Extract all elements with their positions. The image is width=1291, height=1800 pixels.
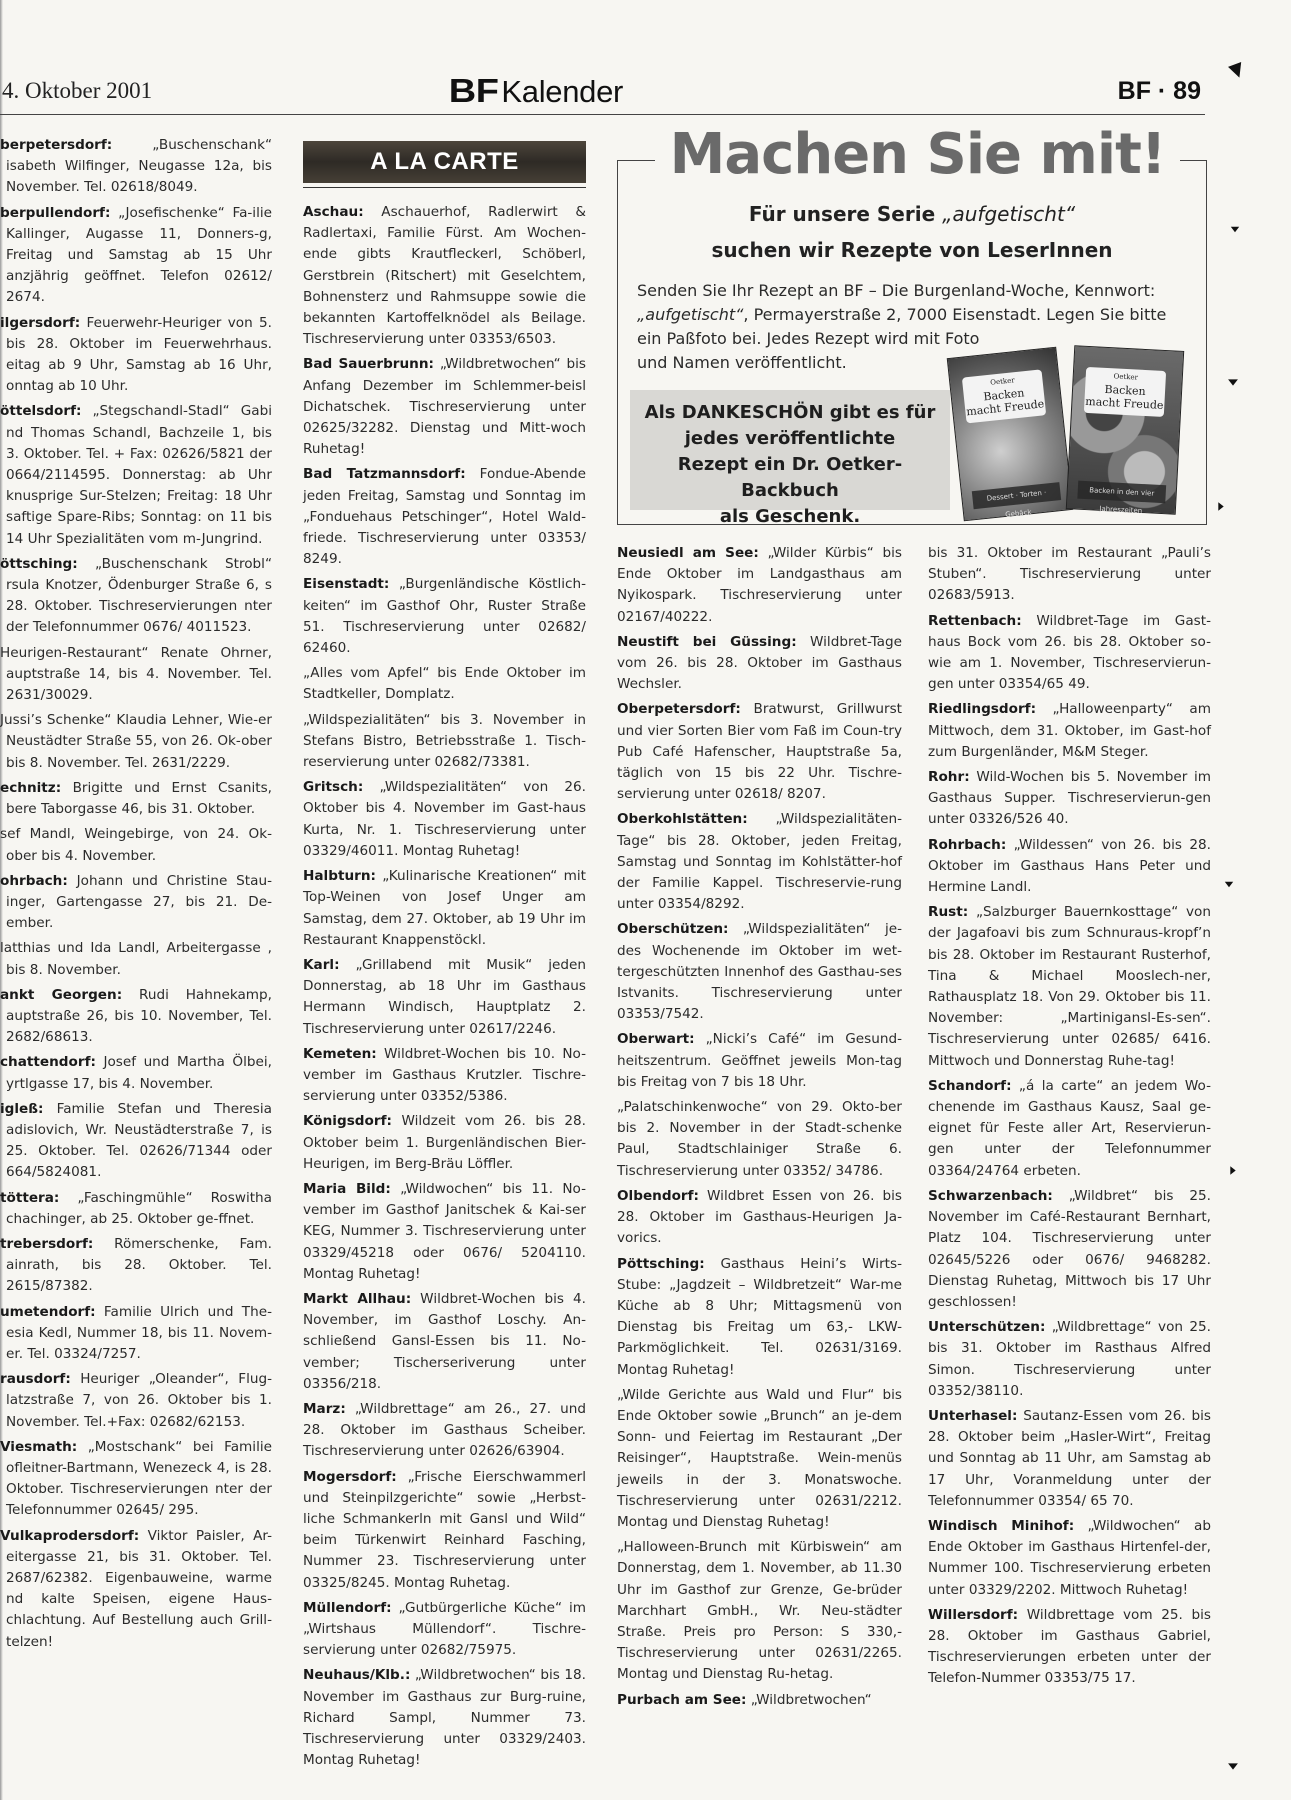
place-name: öttsching: bbox=[0, 556, 78, 572]
place-name: berpullendorf: bbox=[0, 205, 110, 221]
place-name: umetendorf: bbox=[0, 1304, 96, 1320]
listing-text: Viktor Paisler, Ar-eitergasse 21, bis 31… bbox=[6, 1528, 272, 1650]
listing-entry: töttera: „Faschingmühle“ Roswitha chachi… bbox=[0, 1188, 272, 1230]
listing-entry: Rust: „Salzburger Bauernkosttage“ von de… bbox=[928, 902, 1211, 1072]
section-banner-a-la-carte: A LA CARTE bbox=[303, 141, 586, 183]
place-name: chattendorf: bbox=[0, 1054, 96, 1070]
page-number: BF · 89 bbox=[1118, 77, 1201, 106]
listing-entry: Schandorf: „á la carte“ an jedem Wo-chen… bbox=[928, 1076, 1211, 1182]
place-name: Markt Allhau: bbox=[303, 1291, 411, 1307]
place-name: Unterhasel: bbox=[928, 1408, 1017, 1424]
listing-entry: Jussi’s Schenke“ Klaudia Lehner, Wie-er … bbox=[0, 710, 272, 774]
place-name: Pöttsching: bbox=[617, 1256, 705, 1272]
margin-mark-icon bbox=[1218, 502, 1223, 510]
place-name: igleß: bbox=[0, 1101, 43, 1117]
place-name: Olbendorf: bbox=[617, 1188, 699, 1204]
listing-text: „Stegschandl-Stadl“ Gabi nd Thomas Schan… bbox=[6, 403, 272, 546]
place-name: Oberschützen: bbox=[617, 921, 728, 937]
margin-mark-icon bbox=[1230, 1166, 1235, 1174]
cookbook-badge: Dessert · Torten · Gebäck bbox=[972, 482, 1061, 509]
listing-entry: chattendorf: Josef und Martha Ölbei, yrt… bbox=[0, 1052, 272, 1094]
place-name: Rohr: bbox=[928, 769, 970, 785]
listing-entry: „Halloween-Brunch mit Kürbiswein“ am Don… bbox=[617, 1537, 902, 1685]
listing-entry: Olbendorf: Wildbret Essen von 26. bis 28… bbox=[617, 1186, 902, 1250]
listing-entry: Gritsch: „Wildspezialitäten“ von 26. Okt… bbox=[303, 777, 586, 862]
listing-entry: Neusiedl am See: „Wilder Kürbis“ bis End… bbox=[617, 543, 902, 628]
place-name: Rettenbach: bbox=[928, 613, 1022, 629]
listing-entry: rausdorf: Heuriger „Oleander“, Flug-latz… bbox=[0, 1369, 272, 1433]
listing-entry: Bad Sauerbrunn: „Wildbretwochen“ bis Anf… bbox=[303, 354, 586, 460]
listing-entry: Bad Tatzmannsdorf: Fondue-Abende jeden F… bbox=[303, 464, 586, 570]
cookbook-image: Oetker Backen macht Freude Dessert · Tor… bbox=[947, 347, 1074, 522]
place-name: Neustift bei Güssing: bbox=[617, 634, 797, 650]
cookbook-badge: Backen in den vier Jahreszeiten bbox=[1077, 481, 1166, 504]
listing-entry: latthias und Ida Landl, Arbeitergasse , … bbox=[0, 938, 272, 980]
listing-entry: Eisenstadt: „Burgenländische Köstlich-ke… bbox=[303, 574, 586, 659]
listing-entry: Purbach am See: „Wildbretwochen“ bbox=[617, 1690, 902, 1711]
thanks-line: jedes veröffentlichte bbox=[630, 426, 950, 452]
listing-text: sef Mandl, Weingebirge, von 24. Ok-ober … bbox=[0, 826, 272, 863]
cookbook-label: Oetker Backen macht Freude bbox=[1084, 367, 1166, 417]
thanks-line: Rezept ein Dr. Oetker-Backbuch bbox=[630, 452, 950, 504]
listing-text: „Wilde Gerichte aus Wald und Flur“ bis E… bbox=[617, 1387, 902, 1530]
listing-entry: igleß: Familie Stefan und Theresia adisl… bbox=[0, 1099, 272, 1184]
cookbook-image: Oetker Backen macht Freude Backen in den… bbox=[1066, 345, 1184, 515]
listing-text: Jussi’s Schenke“ Klaudia Lehner, Wie-er … bbox=[0, 712, 272, 770]
listing-entry: Rettenbach: Wildbret-Tage im Gast-haus B… bbox=[928, 611, 1211, 696]
place-name: Müllendorf: bbox=[303, 1600, 392, 1616]
place-name: rausdorf: bbox=[0, 1371, 71, 1387]
listing-entry: Willersdorf: Wildbrettage vom 25. bis 28… bbox=[928, 1605, 1211, 1690]
listing-entry: bis 31. Oktober im Restaurant „Pauli’s S… bbox=[928, 543, 1211, 607]
listing-text: „Grillabend mit Musik“ jeden Donnerstag,… bbox=[303, 957, 586, 1037]
listing-entry: Heurigen-Restaurant“ Renate Ohrner, aupt… bbox=[0, 643, 272, 707]
listings-column-4: bis 31. Oktober im Restaurant „Pauli’s S… bbox=[928, 543, 1211, 1694]
listing-text: „Halloween-Brunch mit Kürbiswein“ am Don… bbox=[617, 1539, 902, 1682]
cookbook-subtitle: macht Freude bbox=[1085, 395, 1164, 412]
listing-entry: Müllendorf: „Gutbürgerliche Küche“ im „W… bbox=[303, 1598, 586, 1662]
listing-text: Aschauerhof, Radlerwirt & Radlertaxi, Fa… bbox=[303, 204, 586, 347]
listing-entry: berpullendorf: „Josefischenke“ Fa-ilie K… bbox=[0, 203, 272, 309]
place-name: Schwarzenbach: bbox=[928, 1188, 1053, 1204]
listing-entry: Aschau: Aschauerhof, Radlerwirt & Radler… bbox=[303, 202, 586, 350]
listings-column-2: A LA CARTE Aschau: Aschauerhof, Radlerwi… bbox=[303, 135, 586, 1775]
section-title-text: Kalender bbox=[501, 74, 623, 109]
issue-date: 4. Oktober 2001 bbox=[2, 78, 152, 104]
place-name: Windisch Minihof: bbox=[928, 1518, 1074, 1534]
listing-entry: Marz: „Wildbrettage“ am 26., 27. und 28.… bbox=[303, 1399, 586, 1463]
place-name: Willersdorf: bbox=[928, 1607, 1018, 1623]
listing-entry: Oberschützen: „Wildspezialitäten“ je-des… bbox=[617, 919, 902, 1025]
listing-text: Heurigen-Restaurant“ Renate Ohrner, aupt… bbox=[0, 645, 272, 703]
place-name: Oberkohlstätten: bbox=[617, 811, 748, 827]
listing-entry: öttsching: „Buschenschank Strobl“ rsula … bbox=[0, 554, 272, 639]
place-name: Oberpetersdorf: bbox=[617, 701, 741, 717]
listing-entry: Rohr: Wild-Wochen bis 5. November im Gas… bbox=[928, 767, 1211, 831]
brand-logo: BF bbox=[449, 72, 499, 110]
promo-thanks-box: Als DANKESCHÖN gibt es für jedes veröffe… bbox=[630, 390, 950, 510]
page-header: 4. Oktober 2001 BFKalender BF · 89 bbox=[0, 70, 1205, 115]
listing-entry: umetendorf: Familie Ulrich und The-esia … bbox=[0, 1302, 272, 1366]
listing-entry: ohrbach: Johann und Christine Stau-inger… bbox=[0, 871, 272, 935]
place-name: Aschau: bbox=[303, 204, 364, 220]
promo-address: , Permayerstraße 2, 7000 Eisenstadt. Leg… bbox=[743, 305, 1166, 324]
place-name: Purbach am See: bbox=[617, 1692, 746, 1708]
listing-text: „Wildbretwochen“ bbox=[746, 1692, 871, 1708]
place-name: Neuhaus/Klb.: bbox=[303, 1667, 410, 1683]
listing-entry: Kemeten: Wildbret-Wochen bis 10. No-vemb… bbox=[303, 1044, 586, 1108]
margin-mark-icon bbox=[1231, 227, 1239, 232]
place-name: Eisenstadt: bbox=[303, 576, 389, 592]
listing-text: Gasthaus Heini’s Wirts-Stube: „Jagdzeit … bbox=[617, 1256, 902, 1378]
place-name: Maria Bild: bbox=[303, 1181, 391, 1197]
margin-mark-icon bbox=[1228, 1763, 1238, 1769]
place-name: ilgersdorf: bbox=[0, 315, 80, 331]
listing-text: „Wildspezialitäten“ bis 3. November in S… bbox=[303, 712, 586, 770]
listing-entry: Oberpetersdorf: Bratwurst, Grillwurst un… bbox=[617, 699, 902, 805]
listing-text: bis 31. Oktober im Restaurant „Pauli’s S… bbox=[928, 545, 1211, 603]
listing-entry: ankt Georgen: Rudi Hahnekamp, auptstraße… bbox=[0, 985, 272, 1049]
listing-entry: Königsdorf: Wildzeit vom 26. bis 28. Okt… bbox=[303, 1111, 586, 1175]
listing-text: Wild-Wochen bis 5. November im Gasthaus … bbox=[928, 769, 1211, 827]
listing-entry: sef Mandl, Weingebirge, von 24. Ok-ober … bbox=[0, 824, 272, 866]
listing-entry: Unterschützen: „Wildbrettage“ von 25. bi… bbox=[928, 1317, 1211, 1402]
listing-entry: Viesmath: „Mostschank“ bei Familie oflei… bbox=[0, 1437, 272, 1522]
listing-entry: Schwarzenbach: „Wildbret“ bis 25. Novemb… bbox=[928, 1186, 1211, 1313]
listing-text: Familie Stefan und Theresia adislovich, … bbox=[6, 1101, 272, 1181]
section-title: BFKalender bbox=[452, 72, 623, 110]
listing-entry: Vulkaprodersdorf: Viktor Paisler, Ar-eit… bbox=[0, 1526, 272, 1653]
listing-entry: Riedlingsdorf: „Halloweenparty“ am Mittw… bbox=[928, 699, 1211, 763]
listing-entry: Pöttsching: Gasthaus Heini’s Wirts-Stube… bbox=[617, 1254, 902, 1381]
cookbook-subtitle: macht Freude bbox=[966, 397, 1045, 418]
listing-entry: „Alles vom Apfel“ bis Ende Oktober im St… bbox=[303, 663, 586, 705]
place-name: Karl: bbox=[303, 957, 340, 973]
place-name: trebersdorf: bbox=[0, 1236, 93, 1252]
thanks-line: als Geschenk. bbox=[630, 504, 950, 530]
divider bbox=[303, 187, 586, 188]
place-name: töttera: bbox=[0, 1190, 59, 1206]
place-name: Schandorf: bbox=[928, 1078, 1012, 1094]
place-name: Oberwart: bbox=[617, 1031, 695, 1047]
place-name: Bad Sauerbrunn: bbox=[303, 356, 434, 372]
place-name: Halbturn: bbox=[303, 868, 376, 884]
listing-entry: Windisch Minihof: „Wildwochen“ ab Ende O… bbox=[928, 1516, 1211, 1601]
promo-headline: Machen Sie mit! bbox=[660, 122, 1175, 188]
listing-entry: Karl: „Grillabend mit Musik“ jeden Donne… bbox=[303, 955, 586, 1040]
listing-text: „Alles vom Apfel“ bis Ende Oktober im St… bbox=[303, 665, 586, 702]
listing-text: „Wildbrettage“ am 26., 27. und 28. Oktob… bbox=[303, 1401, 586, 1459]
listings-column-3: Neusiedl am See: „Wilder Kürbis“ bis End… bbox=[617, 543, 902, 1715]
cookbook-label: Oetker Backen macht Freude bbox=[962, 369, 1046, 423]
listing-entry: Rohrbach: „Wildessen“ von 26. bis 28. Ok… bbox=[928, 835, 1211, 899]
listing-entry: Oberkohlstätten: „Wildspezialitäten-Tage… bbox=[617, 809, 902, 915]
place-name: Bad Tatzmannsdorf: bbox=[303, 466, 466, 482]
place-name: Mogersdorf: bbox=[303, 1469, 397, 1485]
listing-entry: „Palatschinkenwoche“ von 29. Okto-ber bi… bbox=[617, 1097, 902, 1182]
place-name: Königsdorf: bbox=[303, 1113, 392, 1129]
promo-keyword: „aufgetischt“ bbox=[637, 305, 743, 324]
place-name: Kemeten: bbox=[303, 1046, 377, 1062]
place-name: Marz: bbox=[303, 1401, 346, 1417]
listing-entry: Mogersdorf: „Frische Eierschwammerl und … bbox=[303, 1467, 586, 1594]
promo-sub1-text: Für unsere Serie bbox=[749, 202, 935, 226]
listing-entry: Unterhasel: Sautanz-Essen vom 26. bis 28… bbox=[928, 1406, 1211, 1512]
listing-entry: „Wilde Gerichte aus Wald und Flur“ bis E… bbox=[617, 1385, 902, 1533]
listing-entry: Markt Allhau: Wildbret-Wochen bis 4. Nov… bbox=[303, 1289, 586, 1395]
place-name: ankt Georgen: bbox=[0, 987, 122, 1003]
listing-entry: trebersdorf: Römerschenke, Fam. ainrath,… bbox=[0, 1234, 272, 1298]
margin-mark-icon bbox=[1228, 379, 1238, 385]
listing-entry: Neuhaus/Klb.: „Wildbretwochen“ bis 18. N… bbox=[303, 1665, 586, 1771]
promo-subheadline-2: suchen wir Rezepte von LeserInnen bbox=[617, 238, 1207, 262]
place-name: Riedlingsdorf: bbox=[928, 701, 1036, 717]
listing-text: „Frische Eierschwammerl und Steinpilzger… bbox=[303, 1469, 586, 1591]
margin-mark-icon bbox=[1228, 62, 1246, 80]
place-name: Gritsch: bbox=[303, 779, 363, 795]
place-name: Rust: bbox=[928, 904, 968, 920]
promo-subheadline-1: Für unsere Serie „aufgetischt“ bbox=[617, 202, 1207, 226]
listings-column-1: berpetersdorf: „Buschenschank“ isabeth W… bbox=[0, 135, 272, 1657]
margin-mark-icon bbox=[1225, 882, 1233, 887]
listing-text: „Palatschinkenwoche“ von 29. Okto-ber bi… bbox=[617, 1099, 902, 1179]
listing-entry: „Wildspezialitäten“ bis 3. November in S… bbox=[303, 710, 586, 774]
place-name: Rohrbach: bbox=[928, 837, 1006, 853]
place-name: berpetersdorf: bbox=[0, 137, 112, 153]
listing-entry: ilgersdorf: Feuerwehr-Heuriger von 5. bi… bbox=[0, 313, 272, 398]
listing-entry: Maria Bild: „Wildwochen“ bis 11. No-vemb… bbox=[303, 1179, 586, 1285]
listing-entry: berpetersdorf: „Buschenschank“ isabeth W… bbox=[0, 135, 272, 199]
promo-body-line: „aufgetischt“, Permayerstraße 2, 7000 Ei… bbox=[637, 303, 1197, 327]
place-name: Vulkaprodersdorf: bbox=[0, 1528, 139, 1544]
listing-entry: Halbturn: „Kulinarische Kreationen“ mit … bbox=[303, 866, 586, 951]
place-name: Unterschützen: bbox=[928, 1319, 1045, 1335]
place-name: Viesmath: bbox=[0, 1439, 77, 1455]
listing-entry: Oberwart: „Nicki’s Café“ im Gesund-heits… bbox=[617, 1029, 902, 1093]
thanks-line: Als DANKESCHÖN gibt es für bbox=[630, 400, 950, 426]
listing-entry: öttelsdorf: „Stegschandl-Stadl“ Gabi nd … bbox=[0, 401, 272, 549]
listing-entry: Neustift bei Güssing: Wildbret-Tage vom … bbox=[617, 632, 902, 696]
place-name: echnitz: bbox=[0, 780, 61, 796]
place-name: öttelsdorf: bbox=[0, 403, 81, 419]
listing-text: „Salzburger Bauernkosttage“ von der Jaga… bbox=[928, 904, 1211, 1068]
place-name: ohrbach: bbox=[0, 873, 68, 889]
promo-series-name: „aufgetischt“ bbox=[942, 202, 1075, 226]
promo-body-line: Senden Sie Ihr Rezept an BF – Die Burgen… bbox=[637, 279, 1197, 303]
listing-text: „Wildbret“ bis 25. November im Café-Rest… bbox=[928, 1188, 1211, 1310]
place-name: Neusiedl am See: bbox=[617, 545, 759, 561]
listing-entry: echnitz: Brigitte und Ernst Csanits, ber… bbox=[0, 778, 272, 820]
listing-text: latthias und Ida Landl, Arbeitergasse , … bbox=[0, 940, 272, 977]
